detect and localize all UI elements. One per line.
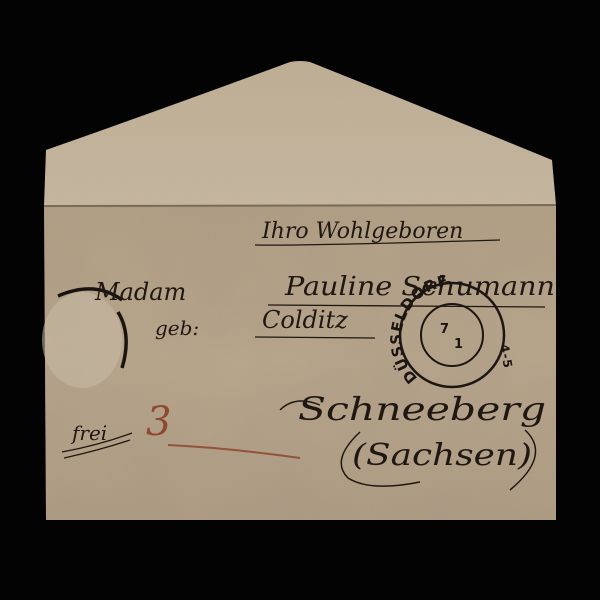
postmark-day: 7 bbox=[440, 322, 450, 337]
svg-text:Schneeberg: Schneeberg bbox=[298, 390, 546, 428]
svg-text:Colditz: Colditz bbox=[262, 306, 348, 334]
envelope-flap bbox=[44, 61, 556, 206]
postmark-month: 1 bbox=[454, 337, 464, 352]
nee-label: geb: bbox=[155, 316, 199, 340]
photo-scene: Ihro Wohlgeboren Madam Pauline Schumann … bbox=[0, 0, 600, 600]
salutation: Madam bbox=[94, 278, 186, 306]
city-line: Schneeberg bbox=[280, 390, 546, 428]
svg-text:3: 3 bbox=[146, 399, 171, 445]
svg-text:(Sachsen): (Sachsen) bbox=[352, 438, 532, 473]
svg-text:Ihro Wohlgeboren: Ihro Wohlgeboren bbox=[261, 219, 463, 244]
svg-text:frei: frei bbox=[70, 421, 107, 445]
envelope-photo: Ihro Wohlgeboren Madam Pauline Schumann … bbox=[0, 0, 600, 600]
honorific-line: Ihro Wohlgeboren bbox=[255, 219, 500, 245]
